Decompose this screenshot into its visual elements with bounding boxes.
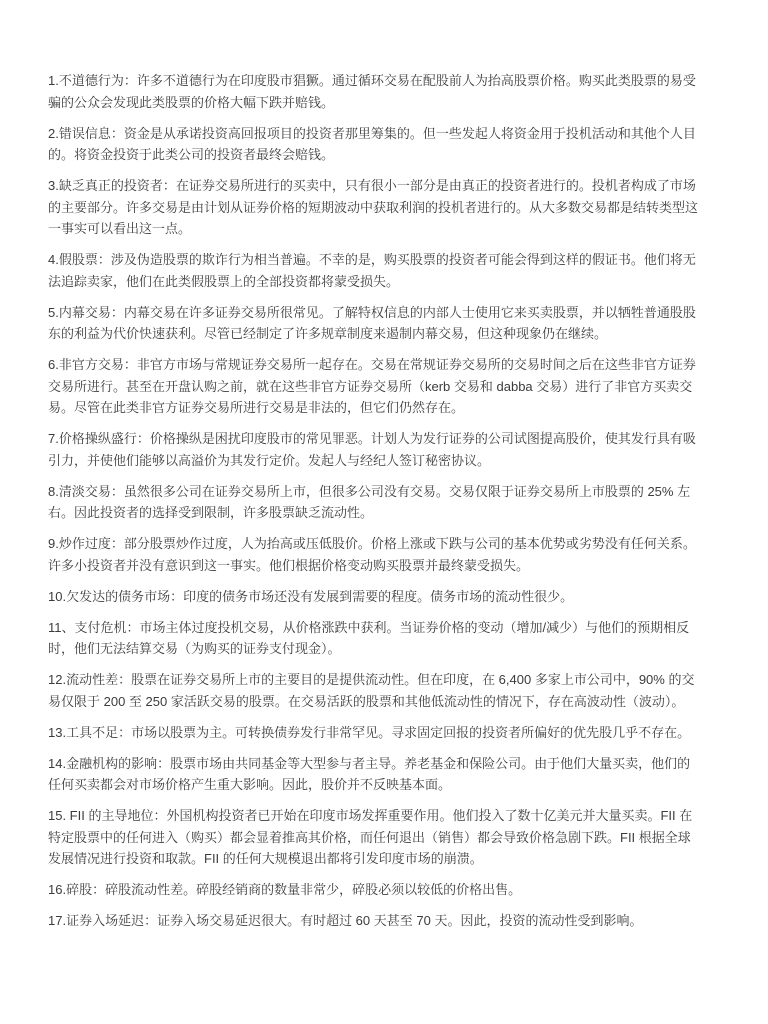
document-page: 1.不道德行为：许多不道德行为在印度股市猖獗。通过循环交易在配股前人为抬高股票价…	[0, 0, 768, 1024]
paragraph-12-poor-liquidity: 12.流动性差：股票在证券交易所上市的主要目的是提供流动性。但在印度，在 6,4…	[48, 669, 698, 712]
paragraph-10-underdeveloped-debt-market: 10.欠发达的债务市场：印度的债务市场还没有发展到需要的程度。债务市场的流动性很…	[48, 586, 698, 608]
paragraph-2-false-information: 2.错误信息：资金是从承诺投资高回报项目的投资者那里筹集的。但一些发起人将资金用…	[48, 123, 698, 166]
paragraph-13-insufficient-instruments: 13.工具不足：市场以股票为主。可转换债券发行非常罕见。寻求固定回报的投资者所偏…	[48, 722, 698, 744]
paragraph-15-fii-dominance: 15. FII 的主导地位：外国机构投资者已开始在印度市场发挥重要作用。他们投入…	[48, 805, 698, 870]
paragraph-7-price-manipulation: 7.价格操纵盛行：价格操纵是困扰印度股市的常见罪恶。计划人为发行证券的公司试图提…	[48, 428, 698, 471]
paragraph-5-insider-trading: 5.内幕交易：内幕交易在许多证券交易所很常见。了解特权信息的内部人士使用它来买卖…	[48, 302, 698, 345]
paragraph-11-payment-crisis: 11、支付危机：市场主体过度投机交易，从价格涨跌中获利。当证券价格的变动（增加/…	[48, 617, 698, 660]
paragraph-8-thin-trading: 8.清淡交易：虽然很多公司在证券交易所上市，但很多公司没有交易。交易仅限于证券交…	[48, 481, 698, 524]
document-text-block: 1.不道德行为：许多不道德行为在印度股市猖獗。通过循环交易在配股前人为抬高股票价…	[48, 70, 698, 932]
paragraph-3-lack-of-genuine-investors: 3.缺乏真正的投资者：在证券交易所进行的买卖中，只有很小一部分是由真正的投资者进…	[48, 175, 698, 240]
paragraph-16-odd-lots: 16.碎股：碎股流动性差。碎股经销商的数量非常少，碎股必须以较低的价格出售。	[48, 879, 698, 901]
paragraph-6-unofficial-trading: 6.非官方交易：非官方市场与常规证券交易所一起存在。交易在常规证券交易所的交易时…	[48, 354, 698, 419]
paragraph-9-excessive-speculation: 9.炒作过度：部分股票炒作过度，人为抬高或压低股价。价格上涨或下跌与公司的基本优…	[48, 533, 698, 576]
paragraph-4-fake-shares: 4.假股票：涉及伪造股票的欺诈行为相当普遍。不幸的是，购买股票的投资者可能会得到…	[48, 249, 698, 292]
paragraph-1-unethical-practices: 1.不道德行为：许多不道德行为在印度股市猖獗。通过循环交易在配股前人为抬高股票价…	[48, 70, 698, 113]
paragraph-17-delayed-settlement: 17.证券入场延迟：证券入场交易延迟很大。有时超过 60 天甚至 70 天。因此…	[48, 910, 698, 932]
paragraph-14-influence-of-financial-institutions: 14.金融机构的影响：股票市场由共同基金等大型参与者主导。养老基金和保险公司。由…	[48, 753, 698, 796]
